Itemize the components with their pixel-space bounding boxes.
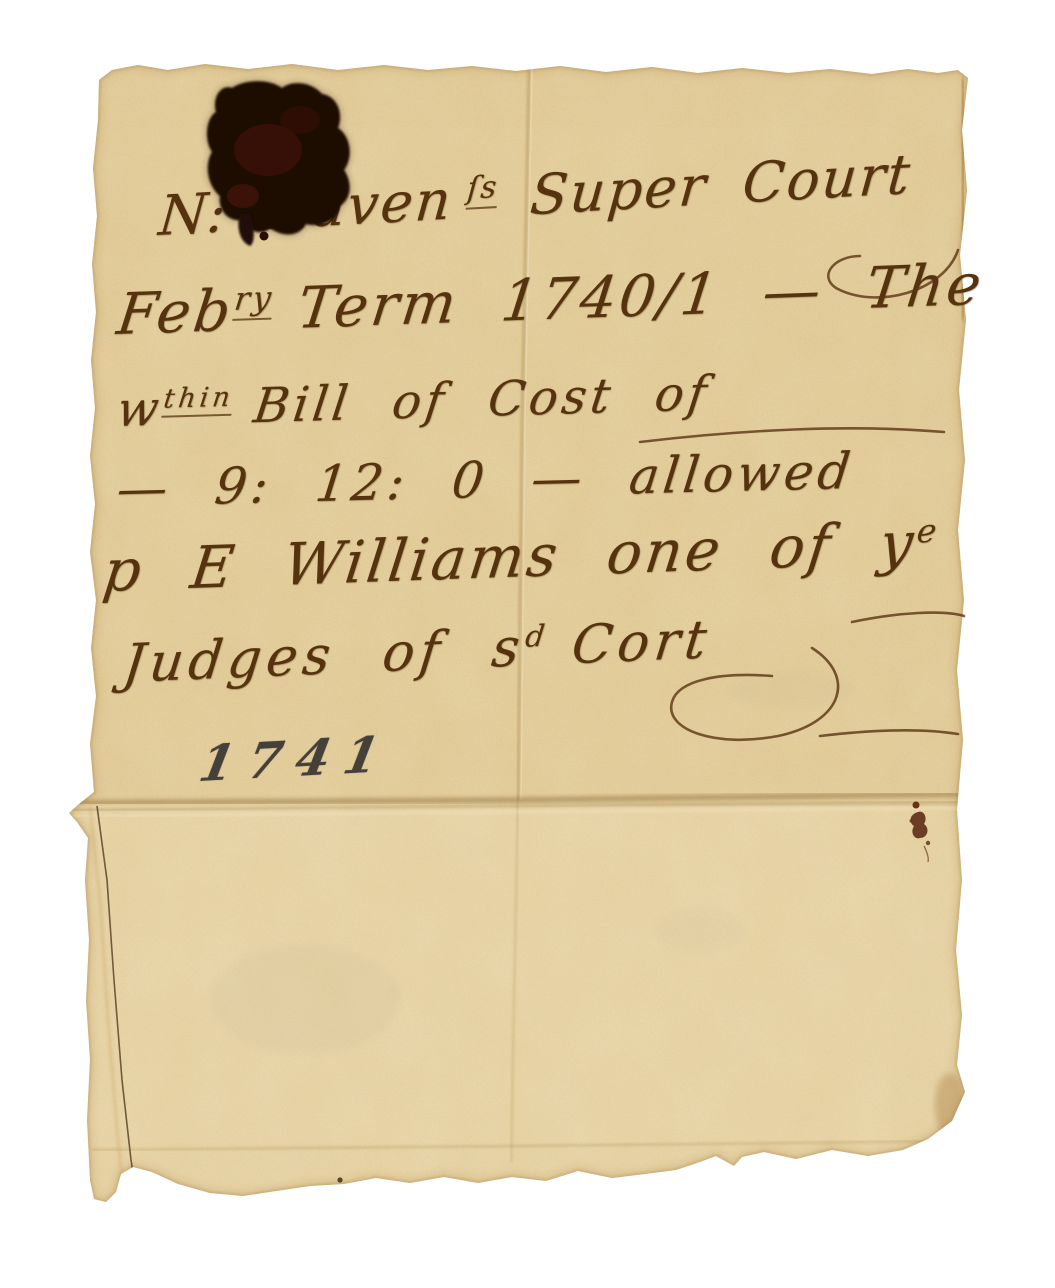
- handwriting-line-4: — 9: 12: 0 — allowed: [114, 444, 857, 517]
- handwriting-segment: p E Williams one of y: [99, 508, 919, 605]
- handwriting-line-2: FebryTerm 1740/1 — The: [114, 254, 988, 347]
- handwriting-segment: Cort: [569, 609, 715, 676]
- handwriting-superscript: ry: [232, 279, 276, 322]
- handwriting-segment: w: [114, 381, 166, 438]
- handwriting-superscript: e: [915, 512, 942, 551]
- handwriting-line-1: N: HavenſsSuper Court: [156, 144, 914, 247]
- handwriting-segment: Judges of s: [120, 617, 528, 695]
- handwriting-line-3: wthinBill of Cost of: [114, 367, 713, 437]
- handwriting-line-5: p E Williams one of ye: [100, 511, 942, 604]
- handwriting-segment: Super Court: [528, 142, 914, 228]
- handwriting-segment: N: Haven: [156, 167, 455, 248]
- pencil-year: 1741: [195, 727, 398, 792]
- handwriting-layer: N: HavenſsSuper Court FebryTerm 1740/1 —…: [0, 0, 1055, 1288]
- handwriting-segment: Term 1740/1 — The: [294, 252, 988, 342]
- handwriting-segment: Bill of Cost of: [250, 365, 713, 434]
- handwriting-segment: — 9: 12: 0 — allowed: [114, 442, 857, 518]
- handwriting-superscript: thin: [161, 382, 235, 418]
- handwriting-segment: Feb: [114, 278, 238, 348]
- handwriting-superscript: d: [524, 618, 552, 654]
- document-scan: N: HavenſsSuper Court FebryTerm 1740/1 —…: [0, 0, 1055, 1288]
- handwriting-segment: 1741: [195, 724, 399, 793]
- handwriting-abbreviation: ſs: [465, 169, 499, 210]
- handwriting-line-6: Judges of sdCort: [120, 611, 714, 694]
